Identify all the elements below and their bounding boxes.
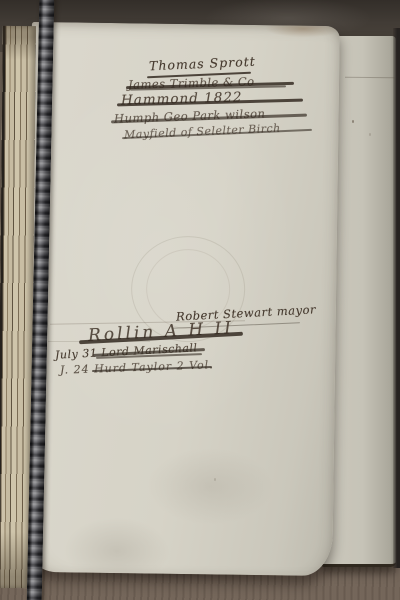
paper-speck: [369, 133, 371, 136]
book-photo: Thomas Sprott James Trimble & Co Hammond…: [0, 0, 400, 600]
entry-date: July 31: [55, 347, 98, 362]
entry-date: J. 24: [60, 363, 90, 377]
paper-speck: [214, 478, 216, 481]
page-stack-right-edge: [393, 28, 400, 568]
paper-speck: [352, 120, 354, 123]
